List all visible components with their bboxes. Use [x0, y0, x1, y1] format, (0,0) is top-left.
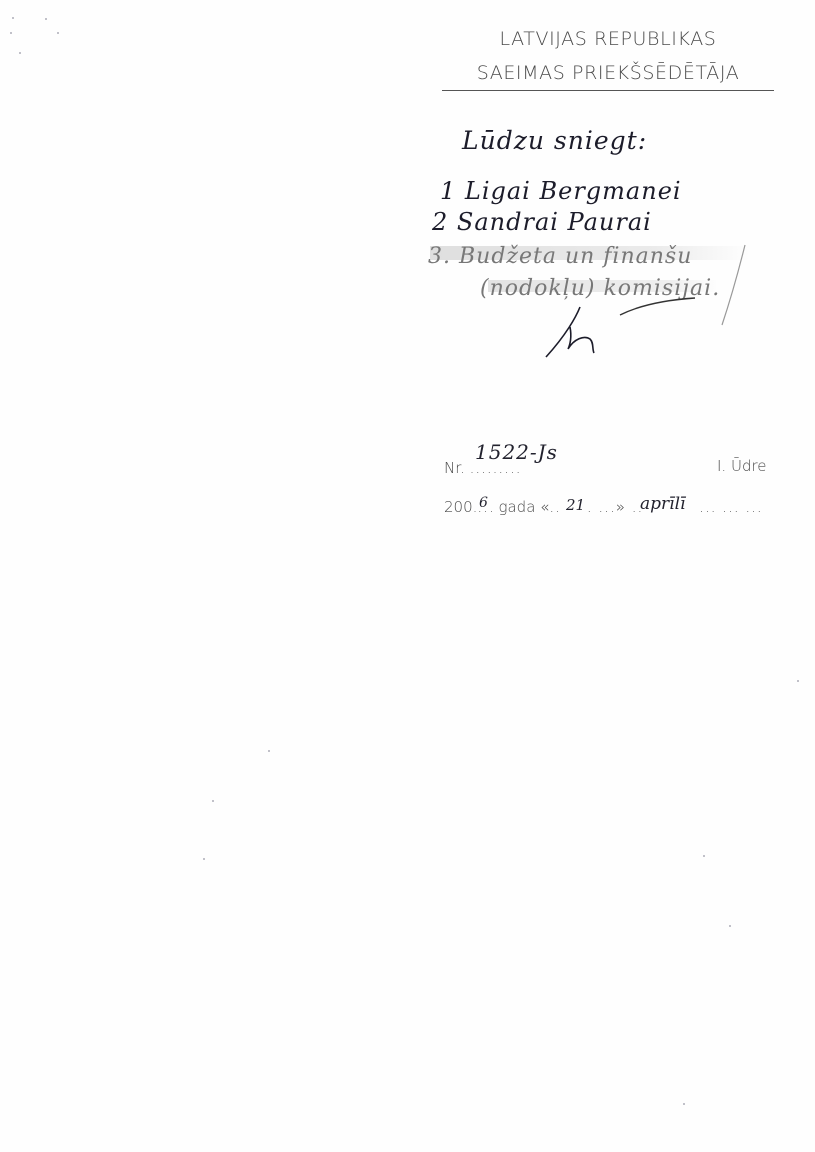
day-value: 21	[566, 496, 585, 514]
scan-speck	[212, 800, 214, 802]
day-dots-before: ..	[549, 498, 561, 516]
scan-speck	[703, 855, 705, 857]
year-prefix: 200.	[444, 498, 477, 516]
scan-speck	[729, 925, 731, 927]
scan-speck	[45, 18, 47, 20]
scan-speck	[19, 52, 21, 54]
letterhead-rule	[442, 90, 774, 91]
month-value: aprīlī	[640, 494, 685, 514]
resolution-item-2: 2 Sandrai Paurai	[432, 208, 652, 236]
scan-speck	[57, 32, 59, 34]
pencil-strokes-icon	[610, 240, 770, 330]
scan-speck	[683, 1103, 685, 1105]
year-value: 6	[479, 495, 488, 511]
nr-label: Nr.	[444, 459, 465, 477]
nr-value: 1522-Js	[475, 440, 558, 464]
document-page: LATVIJAS REPUBLIKAS SAEIMAS PRIEKŠSĒDĒTĀ…	[0, 0, 815, 1152]
scan-speck	[203, 858, 205, 860]
signer-name: I. Ūdre	[717, 457, 767, 475]
letterhead-line-2: SAEIMAS PRIEKŠSĒDĒTĀJA	[442, 56, 774, 90]
scan-speck	[10, 32, 12, 34]
gada-label: . gada «	[489, 498, 549, 516]
date-field: 200.... gada «... ...» ..... ... ...	[444, 498, 763, 516]
scan-speck	[268, 750, 270, 752]
signature-icon	[540, 305, 610, 360]
scan-speck	[12, 17, 14, 19]
resolution-title: Lūdzu sniegt:	[462, 126, 647, 155]
scan-speck	[797, 680, 799, 682]
resolution-item-1: 1 Ligai Bergmanei	[440, 177, 682, 205]
letterhead: LATVIJAS REPUBLIKAS SAEIMAS PRIEKŠSĒDĒTĀ…	[442, 22, 774, 90]
day-dots-after: . ...»	[587, 498, 626, 516]
letterhead-line-1: LATVIJAS REPUBLIKAS	[442, 22, 774, 56]
month-dots-after: ... ... ...	[699, 498, 762, 516]
